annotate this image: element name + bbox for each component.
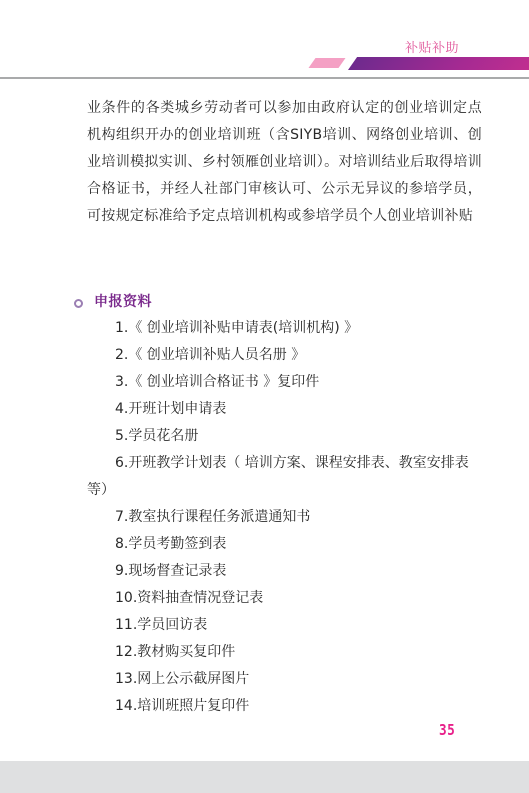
body-paragraph: 业条件的各类城乡劳动者可以参加由政府认定的创业培训定点机构组织开办的创业培训班（… (87, 95, 482, 230)
list-item: 10.资料抽查情况登记表 (87, 585, 482, 612)
list-item: 14.培训班照片复印件 (87, 693, 482, 720)
list-item: 2.《 创业培训补贴人员名册 》 (87, 342, 482, 369)
list-item: 9.现场督查记录表 (87, 558, 482, 585)
list-item: 4.开班计划申请表 (87, 396, 482, 423)
list-item: 11.学员回访表 (87, 612, 482, 639)
list-item: 7.教室执行课程任务派遣通知书 (87, 504, 482, 531)
list-item: 1.《 创业培训补贴申请表(培训机构) 》 (87, 315, 482, 342)
body-text: 业条件的各类城乡劳动者可以参加由政府认定的创业培训定点机构组织开办的创业培训班（… (87, 95, 482, 230)
list-item: 5.学员花名册 (87, 423, 482, 450)
page-number: 35 (439, 721, 455, 739)
list-item: 3.《 创业培训合格证书 》复印件 (87, 369, 482, 396)
section-heading: 申报资料 (74, 289, 152, 316)
double-circle-icon (74, 299, 83, 308)
header-accent-gradient-bar (348, 57, 529, 70)
header-accent-pink (308, 58, 345, 68)
list-item: 12.教材购买复印件 (87, 639, 482, 666)
list-item: 13.网上公示截屏图片 (87, 666, 482, 693)
document-list: 1.《 创业培训补贴申请表(培训机构) 》 2.《 创业培训补贴人员名册 》 3… (87, 315, 482, 720)
list-item: 8.学员考勤签到表 (87, 531, 482, 558)
header-divider (0, 77, 529, 79)
footer-band (0, 761, 529, 793)
running-header-title: 补贴补助 (405, 37, 459, 56)
section-title: 申报资料 (94, 289, 152, 316)
list-item: 6.开班教学计划表（ 培训方案、课程安排表、教室安排表等） (87, 450, 482, 504)
